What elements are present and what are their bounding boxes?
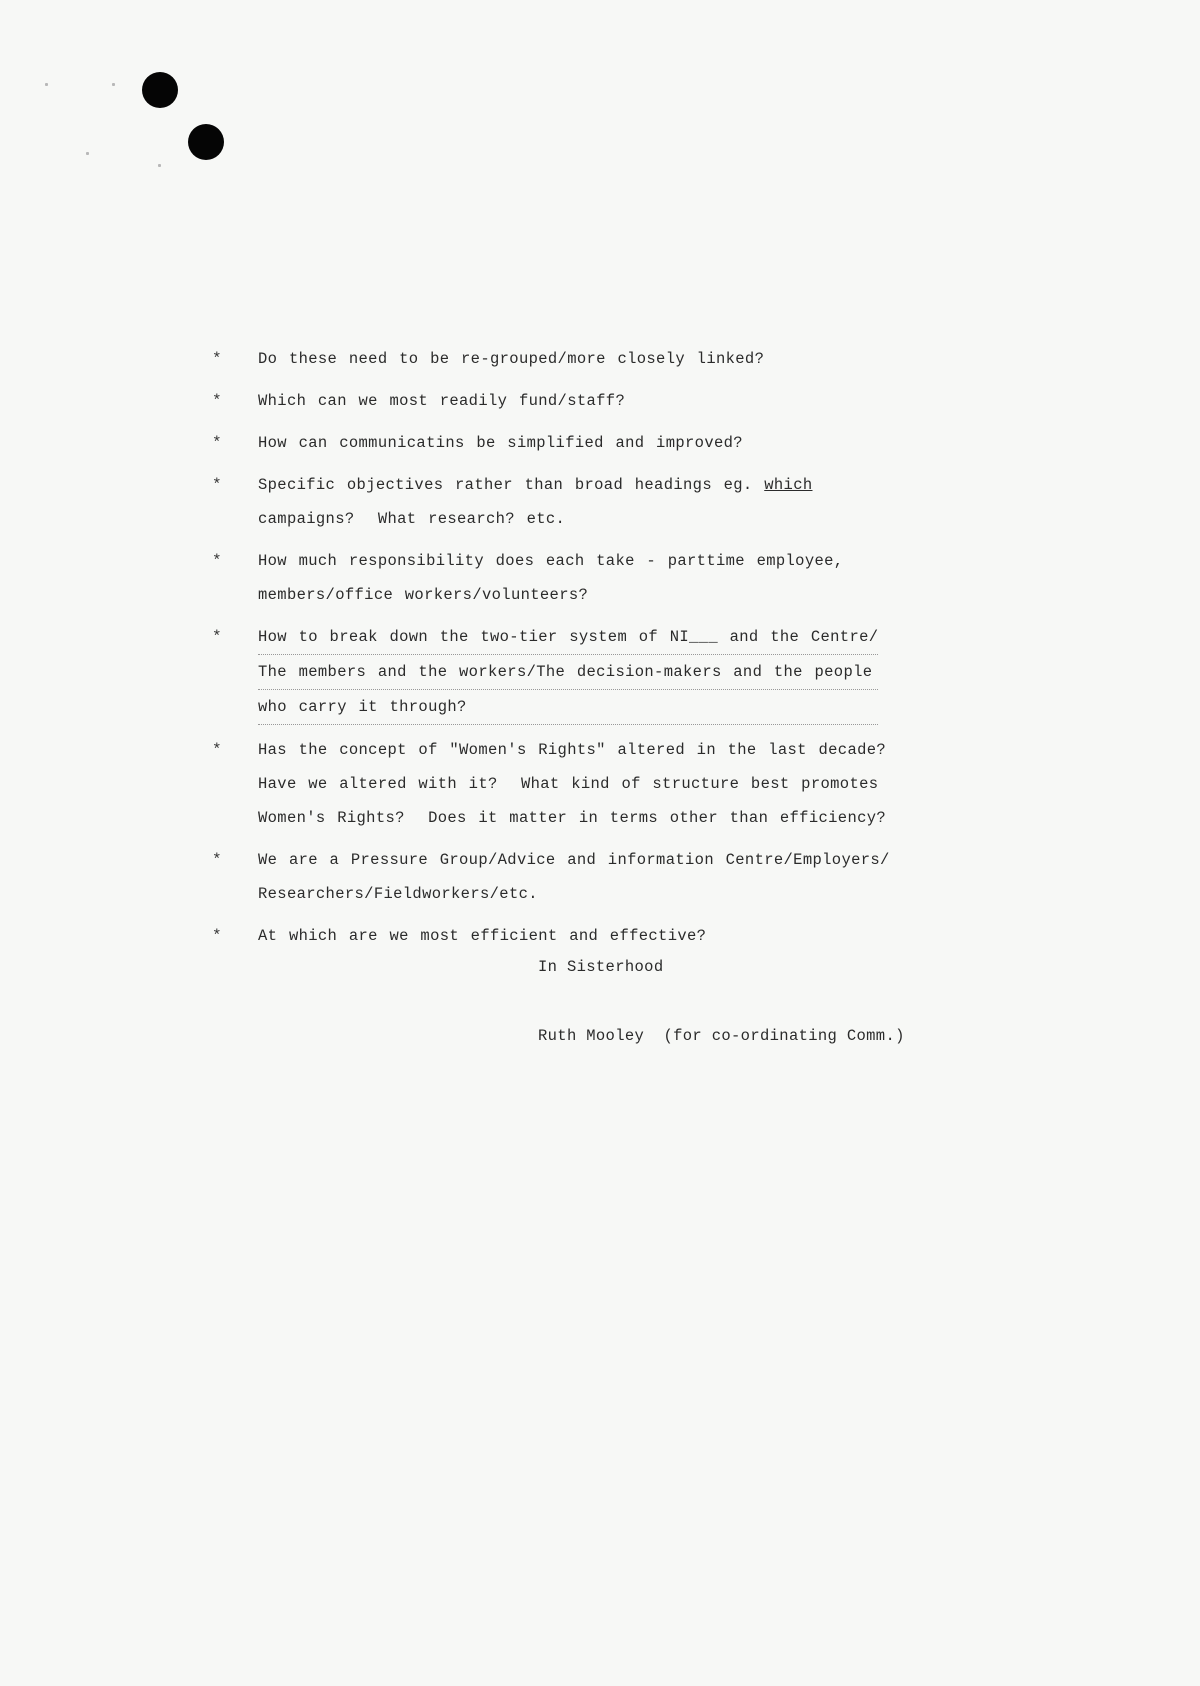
bullet-text: Has the concept of "Women's Rights" alte… (258, 733, 886, 835)
bullet-text: How can communicatins be simplified and … (258, 426, 743, 460)
closing-line: In Sisterhood (538, 958, 663, 976)
punch-hole (142, 72, 178, 108)
bullet-marker: * (212, 342, 258, 376)
bullet-marker: * (212, 620, 258, 725)
list-item: *Specific objectives rather than broad h… (212, 468, 992, 536)
list-item: *Has the concept of "Women's Rights" alt… (212, 733, 992, 835)
list-item: *How to break down the two-tier system o… (212, 620, 992, 725)
bullet-text: Do these need to be re-grouped/more clos… (258, 342, 764, 376)
signature-line: Ruth Mooley (for co-ordinating Comm.) (538, 1027, 905, 1045)
list-item: *Which can we most readily fund/staff? (212, 384, 992, 418)
scan-speck (112, 83, 115, 86)
list-item: *At which are we most efficient and effe… (212, 919, 992, 953)
question-list: *Do these need to be re-grouped/more clo… (212, 342, 992, 961)
bullet-marker: * (212, 426, 258, 460)
scan-speck (158, 164, 161, 167)
scan-speck (45, 83, 48, 86)
list-item: *How much responsibility does each take … (212, 544, 992, 612)
bullet-marker: * (212, 544, 258, 612)
bullet-marker: * (212, 919, 258, 953)
list-item: *Do these need to be re-grouped/more clo… (212, 342, 992, 376)
bullet-text: Which can we most readily fund/staff? (258, 384, 625, 418)
bullet-text: We are a Pressure Group/Advice and infor… (258, 843, 890, 911)
bullet-marker: * (212, 843, 258, 911)
bullet-marker: * (212, 384, 258, 418)
list-item: *How can communicatins be simplified and… (212, 426, 992, 460)
bullet-text: Specific objectives rather than broad he… (258, 468, 813, 536)
punch-hole (188, 124, 224, 160)
bullet-marker: * (212, 468, 258, 536)
bullet-text: At which are we most efficient and effec… (258, 919, 706, 953)
bullet-text: How to break down the two-tier system of… (258, 620, 878, 725)
bullet-marker: * (212, 733, 258, 835)
list-item: *We are a Pressure Group/Advice and info… (212, 843, 992, 911)
bullet-text: How much responsibility does each take -… (258, 544, 843, 612)
scan-speck (86, 152, 89, 155)
